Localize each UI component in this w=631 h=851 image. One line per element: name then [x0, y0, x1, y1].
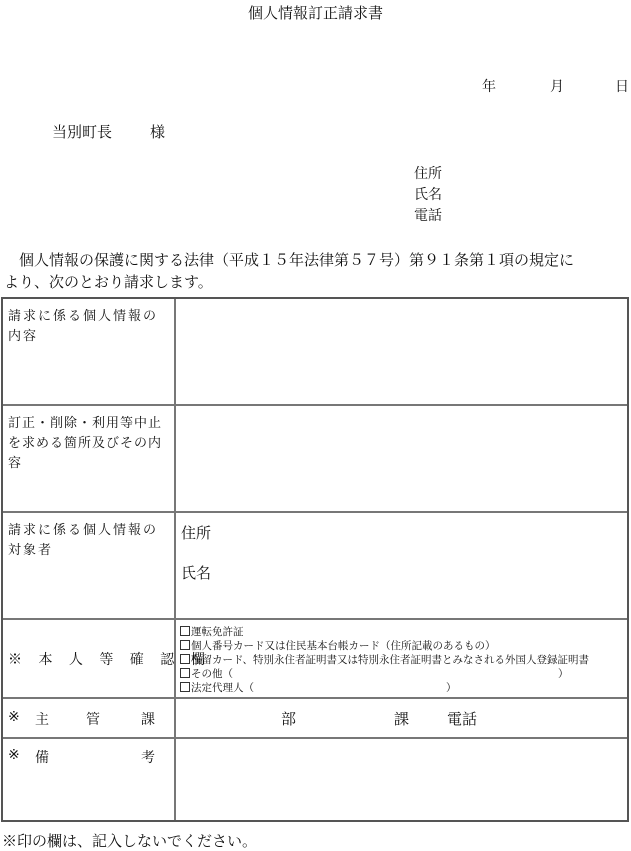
department-ka-label: 課: [394, 708, 409, 729]
requested-info-content-field[interactable]: [175, 299, 627, 403]
intro-paragraph: 個人情報の保護に関する法律（平成１５年法律第５７号）第９１条第１項の規定に より…: [4, 249, 631, 293]
checkbox-icon[interactable]: [180, 626, 190, 636]
checkbox-icon[interactable]: [180, 654, 190, 664]
intro-line-2: より、次のとおり請求します。: [4, 271, 631, 293]
row-label-remarks-char-1: 備: [35, 747, 49, 767]
row-divider: [3, 618, 627, 620]
checkbox-residence-card[interactable]: 在留カード、特別永住者証明書又は特別永住者証明書とみなされる外国人登録証明書: [180, 653, 589, 667]
checkbox-icon[interactable]: [180, 668, 190, 678]
row-label-subject-person: 請求に係る個人情報の対象者: [8, 521, 170, 561]
subject-name-label: 氏名: [181, 562, 211, 583]
applicant-name-label: 氏名: [414, 184, 442, 204]
representative-close-paren: ）: [446, 681, 457, 695]
addressee-name: 当別町長: [52, 121, 112, 142]
remarks-field[interactable]: [175, 739, 627, 821]
row-label-correction-target: 訂正・削除・利用等中止を求める箇所及びその内容: [8, 414, 170, 474]
date-year-label: 年: [482, 76, 496, 96]
checkbox-legal-representative[interactable]: 法定代理人（ ）: [180, 681, 589, 695]
other-close-paren: ）: [558, 667, 569, 681]
row-divider: [3, 697, 627, 699]
applicant-address-label: 住所: [414, 163, 442, 183]
date-month-label: 月: [550, 76, 564, 96]
row-label-requested-info-content: 請求に係る個人情報の内容: [8, 307, 170, 347]
subject-address-label: 住所: [181, 522, 211, 543]
row-label-mark: ※: [8, 747, 20, 763]
row-label-remarks-char-2: 考: [141, 747, 155, 767]
row-label-department-char-1: 主: [35, 709, 49, 729]
department-bu-label: 部: [281, 708, 296, 729]
department-phone-label: 電話: [447, 708, 477, 729]
checkbox-icon[interactable]: [180, 682, 190, 692]
correction-target-field[interactable]: [175, 406, 627, 510]
date-day-label: 日: [615, 76, 629, 96]
intro-line-1: 個人情報の保護に関する法律（平成１５年法律第５７号）第９１条第１項の規定に: [4, 249, 631, 271]
checkbox-icon[interactable]: [180, 640, 190, 650]
identity-document-checklist: 運転免許証 個人番号カード又は住民基本台帳カード（住所記載のあるもの） 在留カー…: [180, 625, 589, 695]
document-title: 個人情報訂正請求書: [0, 2, 631, 23]
checkbox-other[interactable]: その他（ ）: [180, 667, 589, 681]
footer-note: ※印の欄は、記入しないでください。: [2, 830, 257, 851]
checkbox-my-number-card[interactable]: 個人番号カード又は住民基本台帳カード（住所記載のあるもの）: [180, 639, 589, 653]
row-label-mark: ※: [8, 709, 20, 725]
addressee-honorific: 様: [150, 121, 165, 142]
applicant-phone-label: 電話: [414, 205, 442, 225]
row-label-department-char-3: 課: [141, 709, 155, 729]
checkbox-drivers-license[interactable]: 運転免許証: [180, 625, 589, 639]
row-label-department-char-2: 管: [86, 709, 100, 729]
row-divider: [3, 511, 627, 513]
